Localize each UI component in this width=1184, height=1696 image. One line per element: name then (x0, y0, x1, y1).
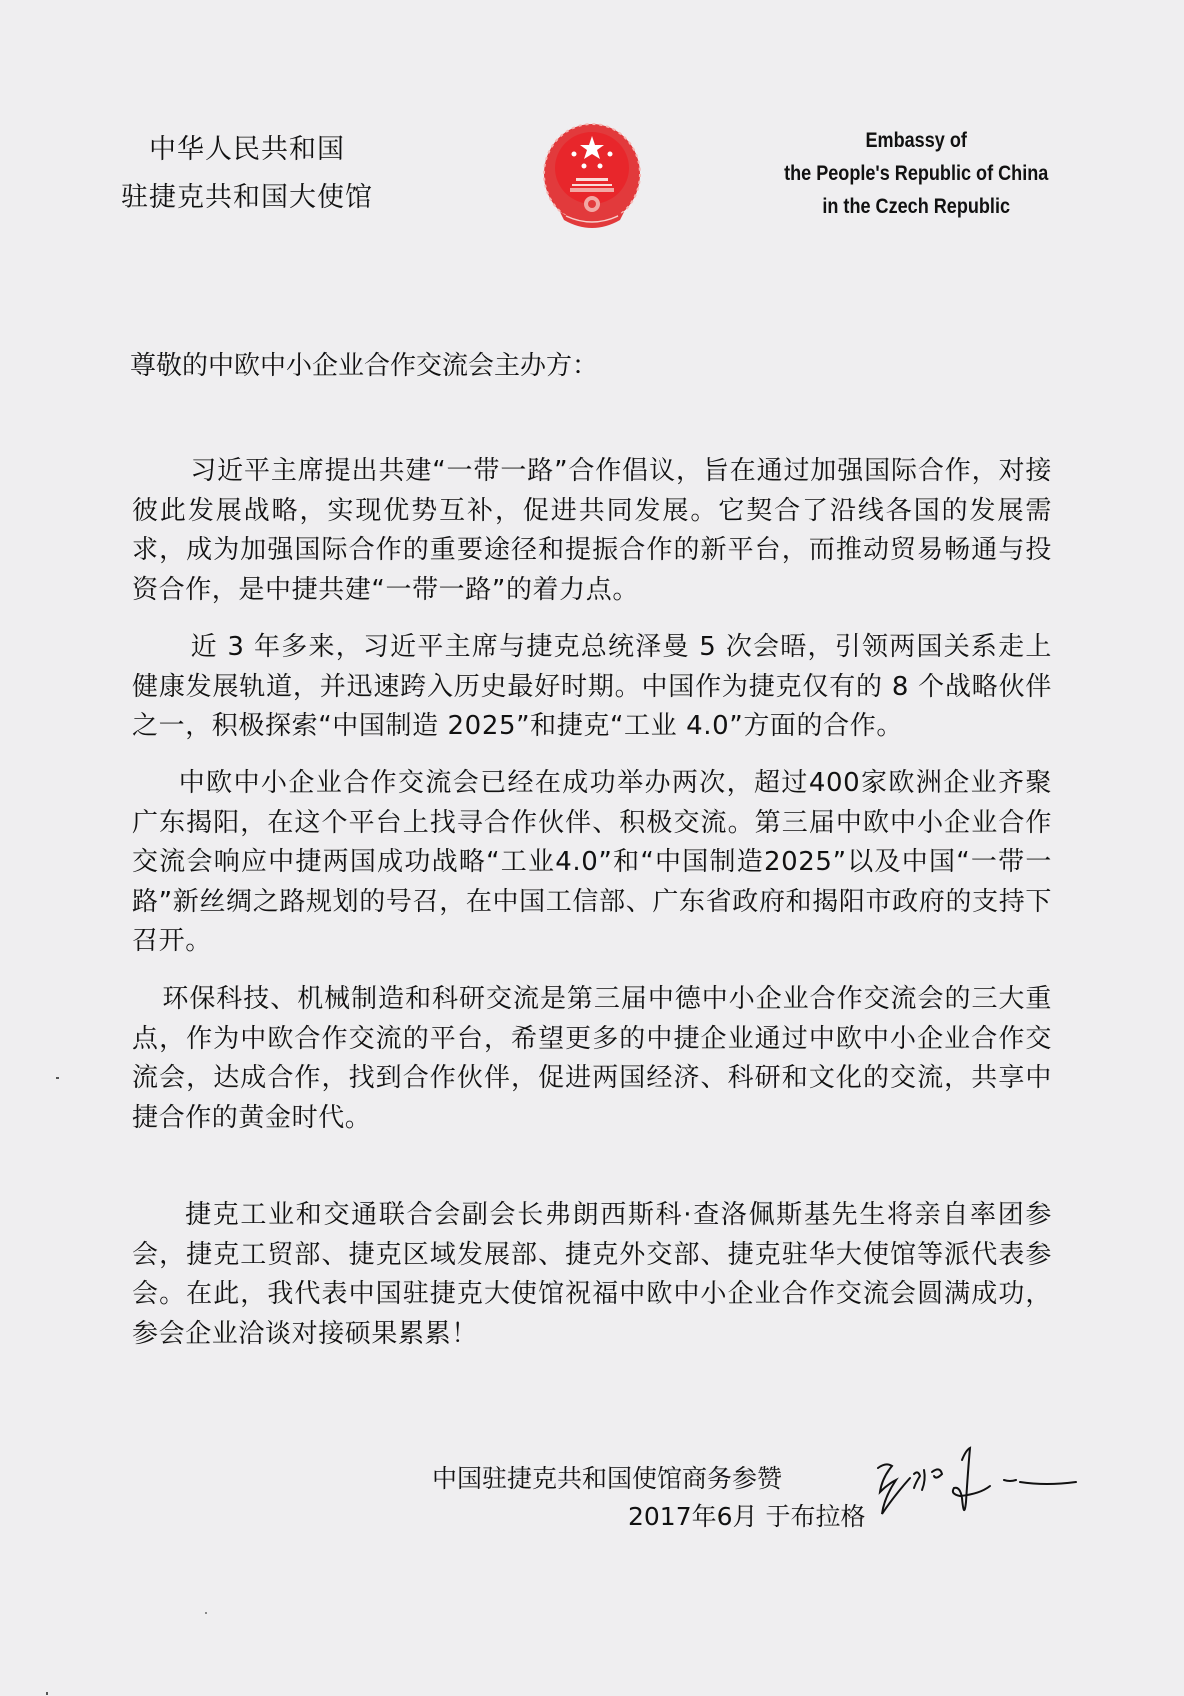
salutation: 尊敬的中欧中小企业合作交流会主办方： (130, 348, 598, 384)
date-and-place: 2017年6月 于布拉格 (628, 1500, 865, 1534)
paragraph-5: 捷克工业和交通联合会副会长弗朗西斯科·查洛佩斯基先生将亲自率团参会，捷克工贸部、… (132, 1196, 1052, 1354)
paragraph-1: 习近平主席提出共建“一带一路”合作倡议，旨在通过加强国际合作，对接彼此发展战略，… (132, 452, 1052, 610)
paragraph-4: 环保科技、机械制造和科研交流是第三届中德中小企业合作交流会的三大重点，作为中欧合… (132, 980, 1052, 1138)
scan-speck (205, 1612, 207, 1614)
letterhead-cn-line-1: 中华人民共和国 (112, 126, 382, 174)
paragraph-2: 近 3 年多来，习近平主席与捷克总统泽曼 5 次会晤，引领两国关系走上健康发展轨… (132, 628, 1052, 747)
paragraph-4-text: 环保科技、机械制造和科研交流是第三届中德中小企业合作交流会的三大重点，作为中欧合… (132, 984, 1052, 1133)
handwritten-signature-icon (870, 1440, 1090, 1530)
scan-speck (56, 1077, 59, 1079)
national-emblem-icon (540, 120, 644, 232)
paragraph-1-text: 习近平主席提出共建“一带一路”合作倡议，旨在通过加强国际合作，对接彼此发展战略，… (132, 456, 1052, 605)
letterhead-cn-line-2: 驻捷克共和国大使馆 (112, 174, 382, 222)
scan-speck (46, 1692, 48, 1695)
letterhead-english: Embassy of the People's Republic of Chin… (770, 124, 1062, 223)
paragraph-3: 中欧中小企业合作交流会已经在成功举办两次，超过400家欧洲企业齐聚广东揭阳，在这… (132, 764, 1052, 962)
letterhead-en-line-1: Embassy of (770, 124, 1062, 157)
letterhead-en-line-2: the People's Republic of China (770, 157, 1062, 190)
signatory-organization: 中国驻捷克共和国使馆商务参赞 (432, 1462, 782, 1496)
paragraph-3-text: 中欧中小企业合作交流会已经在成功举办两次，超过400家欧洲企业齐聚广东揭阳，在这… (132, 768, 1052, 956)
letterhead-en-line-3: in the Czech Republic (770, 190, 1062, 223)
paragraph-2-text: 近 3 年多来，习近平主席与捷克总统泽曼 5 次会晤，引领两国关系走上健康发展轨… (132, 632, 1052, 741)
letterhead-chinese: 中华人民共和国 驻捷克共和国大使馆 (112, 126, 382, 222)
paragraph-5-text: 捷克工业和交通联合会副会长弗朗西斯科·查洛佩斯基先生将亲自率团参会，捷克工贸部、… (132, 1200, 1052, 1349)
